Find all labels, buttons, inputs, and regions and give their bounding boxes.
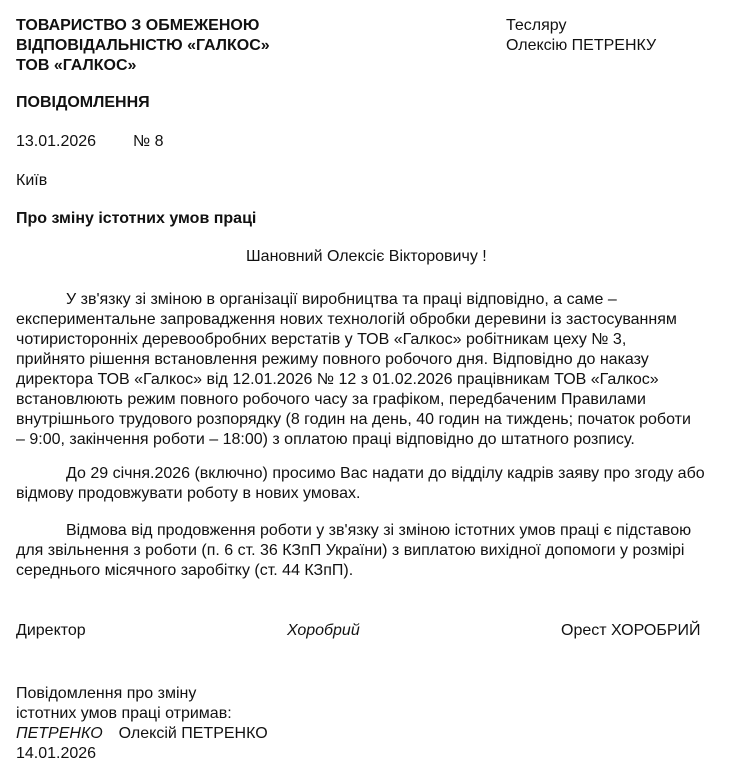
acknowledgement-block: Повідомлення про зміну істотних умов пра… bbox=[16, 684, 268, 764]
acknowledgement-text: істотних умов праці отримав: bbox=[16, 704, 268, 724]
acknowledgement-date: 14.01.2026 bbox=[16, 744, 268, 764]
paragraph-line: У зв'язку зі зміною в організації виробн… bbox=[16, 290, 691, 310]
document-type: ПОВІДОМЛЕННЯ bbox=[16, 94, 150, 112]
document-subject: Про зміну істотних умов праці bbox=[16, 210, 256, 228]
addressee-name: Олексію ПЕТРЕНКУ bbox=[506, 36, 656, 56]
organization-line: ТОВАРИСТВО З ОБМЕЖЕНОЮ bbox=[16, 16, 270, 36]
addressee-position: Тесляру bbox=[506, 16, 656, 36]
paragraph-line: – 9:00, закінчення роботи – 18:00) з опл… bbox=[16, 430, 691, 450]
body-paragraph-2: До 29 січня.2026 (включно) просимо Вас н… bbox=[16, 464, 705, 504]
signatory-position: Директор bbox=[16, 622, 86, 640]
signatory-name: Орест ХОРОБРИЙ bbox=[561, 622, 701, 640]
salutation: Шановний Олексіє Вікторовичу ! bbox=[246, 248, 487, 266]
signatory-signature: Хоробрий bbox=[287, 622, 360, 640]
paragraph-line: внутрішнього трудового розпорядку (8 год… bbox=[16, 410, 691, 430]
document-city: Київ bbox=[16, 172, 47, 190]
acknowledgement-signature-line: ПЕТРЕНКООлексій ПЕТРЕНКО bbox=[16, 724, 268, 744]
paragraph-line: До 29 січня.2026 (включно) просимо Вас н… bbox=[16, 464, 705, 484]
addressee: Тесляру Олексію ПЕТРЕНКУ bbox=[506, 16, 656, 56]
paragraph-line: Відмова від продовження роботи у зв'язку… bbox=[16, 521, 691, 541]
organization-short-name: ТОВ «ГАЛКОС» bbox=[16, 56, 270, 76]
acknowledgement-text: Повідомлення про зміну bbox=[16, 684, 268, 704]
paragraph-line: директора ТОВ «Галкос» від 12.01.2026 № … bbox=[16, 370, 691, 390]
organization-name: ТОВАРИСТВО З ОБМЕЖЕНОЮ ВІДПОВІДАЛЬНІСТЮ … bbox=[16, 16, 270, 76]
paragraph-line: для звільнення з роботи (п. 6 ст. 36 КЗп… bbox=[16, 541, 691, 561]
paragraph-line: відмову продовжувати роботу в нових умов… bbox=[16, 484, 705, 504]
body-paragraph-1: У зв'язку зі зміною в організації виробн… bbox=[16, 290, 691, 450]
paragraph-line: середнього місячного заробітку (ст. 44 К… bbox=[16, 561, 691, 581]
recipient-signature: ПЕТРЕНКО bbox=[16, 725, 103, 742]
organization-line: ВІДПОВІДАЛЬНІСТЮ «ГАЛКОС» bbox=[16, 36, 270, 56]
paragraph-line: встановлюють режим повного робочого часу… bbox=[16, 390, 691, 410]
paragraph-line: чотиристоронніх деревообробних верстатів… bbox=[16, 330, 691, 350]
paragraph-line: прийнято рішення встановлення режиму пов… bbox=[16, 350, 691, 370]
recipient-name: Олексій ПЕТРЕНКО bbox=[119, 725, 268, 742]
paragraph-line: експериментальне запровадження нових тех… bbox=[16, 310, 691, 330]
document-number: № 8 bbox=[133, 133, 164, 151]
document-date: 13.01.2026 bbox=[16, 133, 96, 151]
body-paragraph-3: Відмова від продовження роботи у зв'язку… bbox=[16, 521, 691, 581]
